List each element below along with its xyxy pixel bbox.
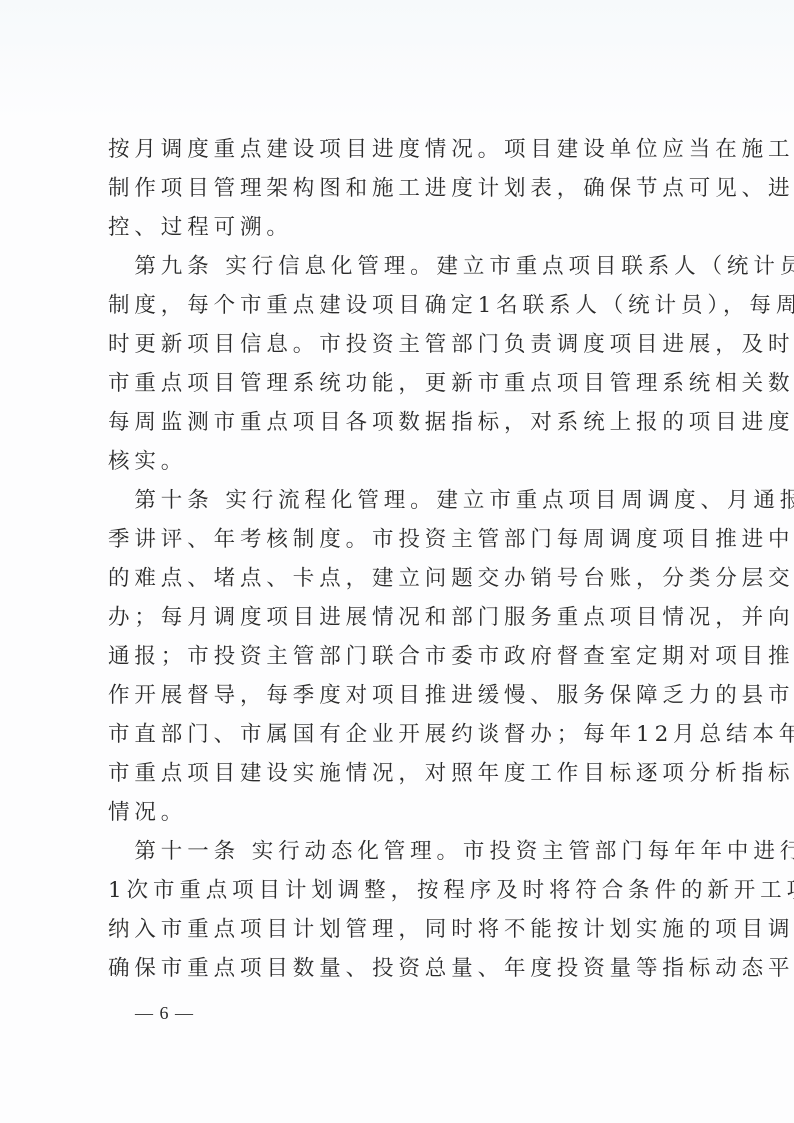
text-line: 控、过程可溯。	[108, 208, 698, 247]
article-11-heading-line: 第十一条 实行动态化管理。市投资主管部门每年年中进行	[108, 832, 698, 871]
article-10-heading-line: 第十条 实行流程化管理。建立市重点项目周调度、月通报、	[108, 481, 698, 520]
text-line: 确保市重点项目数量、投资总量、年度投资量等指标动态平衡。	[108, 949, 698, 988]
text-line: 时更新项目信息。市投资主管部门负责调度项目进展，及时优化	[108, 325, 698, 364]
text-line: 纳入市重点项目计划管理，同时将不能按计划实施的项目调出，	[108, 910, 698, 949]
text-line: 办；每月调度项目进展情况和部门服务重点项目情况，并向全市	[108, 598, 698, 637]
text-line: 1次市重点项目计划调整，按程序及时将符合条件的新开工项目	[108, 871, 698, 910]
text-line: 市重点项目管理系统功能，更新市重点项目管理系统相关数据，	[108, 364, 698, 403]
text-line: 的难点、堵点、卡点，建立问题交办销号台账，分类分层交办督	[108, 559, 698, 598]
article-9-heading-line: 第九条 实行信息化管理。建立市重点项目联系人（统计员）	[108, 247, 698, 286]
document-body: 按月调度重点建设项目进度情况。项目建设单位应当在施工现场 制作项目管理架构图和施…	[108, 130, 698, 988]
text-line: 按月调度重点建设项目进度情况。项目建设单位应当在施工现场	[108, 130, 698, 169]
text-line: 制作项目管理架构图和施工进度计划表，确保节点可见、进度可	[108, 169, 698, 208]
text-line: 市直部门、市属国有企业开展约谈督办；每年12月总结本年度	[108, 715, 698, 754]
page-number: — 6 —	[135, 1003, 194, 1024]
text-line: 制度，每个市重点建设项目确定1名联系人（统计员），每周及	[108, 286, 698, 325]
text-line: 市重点项目建设实施情况，对照年度工作目标逐项分析指标执行	[108, 754, 698, 793]
text-line: 核实。	[108, 442, 698, 481]
text-line: 作开展督导，每季度对项目推进缓慢、服务保障乏力的县市区、	[108, 676, 698, 715]
text-line: 每周监测市重点项目各项数据指标，对系统上报的项目进度进行	[108, 403, 698, 442]
text-line: 情况。	[108, 793, 698, 832]
document-page: 按月调度重点建设项目进度情况。项目建设单位应当在施工现场 制作项目管理架构图和施…	[0, 0, 794, 1123]
text-line: 季讲评、年考核制度。市投资主管部门每周调度项目推进中出现	[108, 520, 698, 559]
text-line: 通报；市投资主管部门联合市委市政府督查室定期对项目推进工	[108, 637, 698, 676]
